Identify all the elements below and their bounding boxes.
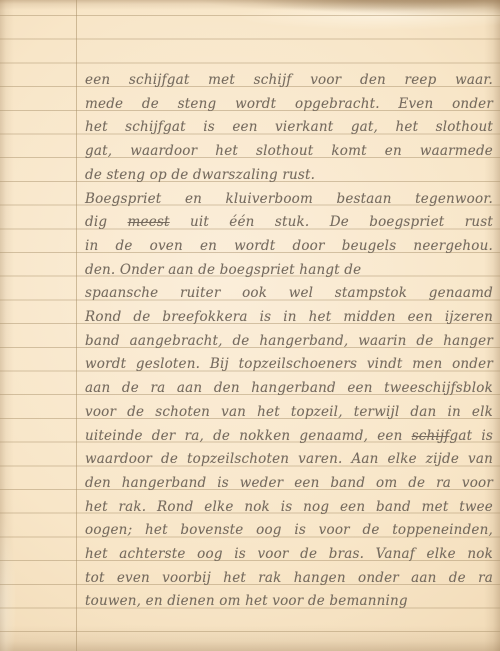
struck-word: meest [128, 214, 170, 230]
handwritten-line: touwen, en dienen om het voor de bemanni… [85, 593, 408, 613]
handwritten-line: Boegspriet en kluiverboom bestaan tegenw… [85, 191, 493, 211]
handwritten-line: spaansche ruiter ook wel stampstok genaa… [85, 285, 493, 305]
margin-line [76, 0, 77, 651]
handwritten-line: mede de steng wordt opgebracht. Even ond… [85, 96, 493, 116]
handwritten-line: uiteinde der ra, de nokken genaamd, een … [85, 428, 493, 448]
handwritten-line: het achterste oog is voor de bras. Vanaf… [85, 546, 493, 566]
handwritten-line: dig meest uit één stuk. De boegspriet ru… [85, 214, 493, 234]
handwritten-line: oogen; het bovenste oog is voor de toppe… [85, 522, 493, 542]
handwritten-line: voor de schoten van het topzeil, terwijl… [85, 404, 493, 424]
handwritten-line: tot even voorbij het rak hangen onder aa… [85, 570, 493, 590]
handwritten-line: band aangebracht, de hangerband, waarin … [85, 333, 493, 353]
handwritten-line: wordt gesloten. Bij topzeilschoeners vin… [85, 356, 493, 376]
handwritten-line: den. Onder aan de boegspriet hangt de [85, 262, 361, 282]
handwritten-line: waardoor de topzeilschoten varen. Aan el… [85, 451, 493, 471]
handwritten-line: aan de ra aan den hangerband een tweesch… [85, 380, 493, 400]
handwritten-line: de steng op de dwarszaling rust. [85, 167, 315, 187]
handwritten-line: in de oven en wordt door beugels neergeh… [85, 238, 493, 258]
handwritten-line: het schijfgat is een vierkant gat, het s… [85, 119, 493, 139]
notebook-page: een schijfgat met schijf voor den reep w… [0, 0, 500, 651]
handwritten-line: gat, waardoor het slothout komt en waarm… [85, 143, 493, 163]
handwritten-line: het rak. Rond elke nok is nog een band m… [85, 499, 493, 519]
struck-word: schijf [412, 428, 450, 444]
handwritten-line: een schijfgat met schijf voor den reep w… [85, 72, 493, 92]
handwritten-line: den hangerband is weder een band om de r… [85, 475, 493, 495]
handwritten-line: Rond de breefokkera is in het midden een… [85, 309, 493, 329]
